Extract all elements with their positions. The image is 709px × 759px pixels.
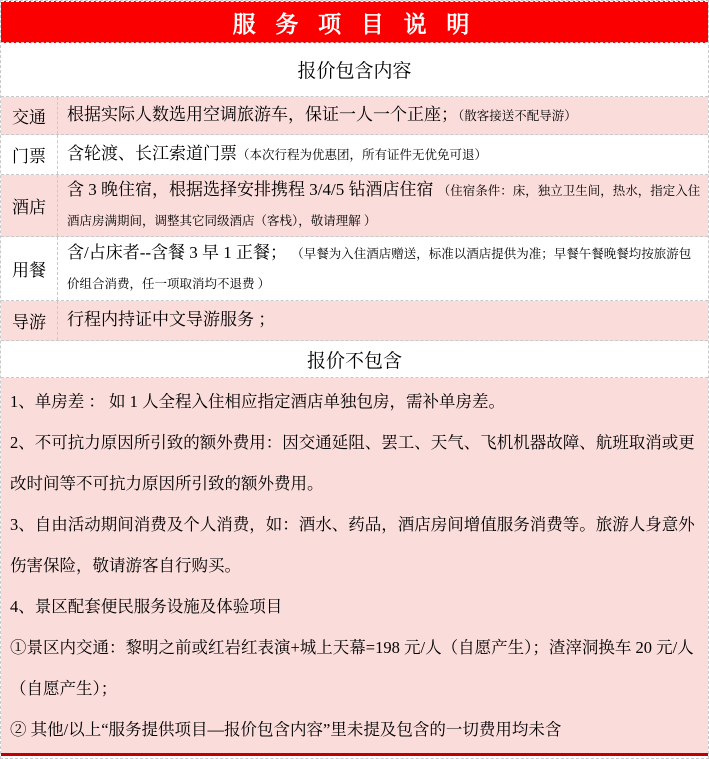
table-row-hotel: 酒店 含 3 晚住宿，根据选择安排携程 3/4/5 钻酒店住宿 （住宿条件：床，… — [1, 175, 708, 237]
table-row-meals: 用餐 含/占床者--含餐 3 早 1 正餐； （早餐为入住酒店赠送，标准以酒店提… — [1, 237, 708, 301]
row-label: 交通 — [1, 97, 58, 134]
section-header-included: 报价包含内容 — [1, 43, 708, 97]
excluded-item: ② 其他/以上“服务提供项目—报价包含内容”里未提及包含的一切费用均未含 — [10, 709, 700, 750]
excluded-item: 2、不可抗力原因所引致的额外费用：因交通延阻、罢工、天气、飞机机器故障、航班取消… — [10, 422, 700, 504]
table-row-guide: 导游 行程内持证中文导游服务 ； — [1, 301, 708, 341]
row-main-text: 根据实际人数选用空调旅游车，保证一人一个正座； — [67, 105, 458, 124]
row-label: 门票 — [1, 135, 58, 174]
bottom-red-rule — [1, 753, 708, 756]
excluded-item: 1、单房差 ： 如 1 人全程入住相应指定酒店单独包房，需补单房差。 — [10, 381, 700, 422]
row-main-text: 含 3 晚住宿，根据选择安排携程 3/4/5 钻酒店住宿 — [67, 180, 438, 199]
table-row-tickets: 门票 含轮渡、长江索道门票（本次行程为优惠团，所有证件无优免可退） — [1, 135, 708, 175]
section-header-excluded-label: 报价不包含 — [307, 346, 402, 373]
excluded-item: ①景区内交通：黎明之前或红岩红表演+城上天幕=198 元/人（自愿产生）；渣滓洞… — [10, 627, 700, 709]
row-label: 用餐 — [1, 237, 58, 300]
excluded-section: 1、单房差 ： 如 1 人全程入住相应指定酒店单独包房，需补单房差。 2、不可抗… — [1, 378, 708, 753]
section-header-excluded: 报价不包含 — [1, 341, 708, 378]
row-main-text: 含/占床者--含餐 3 早 1 正餐； — [67, 243, 291, 262]
row-main-text: 行程内持证中文导游服务 ； — [67, 310, 275, 329]
section-header-included-label: 报价包含内容 — [297, 56, 411, 83]
service-items-table: 服 务 项 目 说 明 报价包含内容 交通 根据实际人数选用空调旅游车，保证一人… — [0, 0, 709, 759]
row-label: 导游 — [1, 301, 58, 340]
table-title-bar: 服 务 项 目 说 明 — [1, 1, 708, 43]
excluded-item: 3、自由活动期间消费及个人消费，如：酒水、药品，酒店房间增值服务消费等。旅游人身… — [10, 504, 700, 586]
row-content: 根据实际人数选用空调旅游车，保证一人一个正座；（散客接送不配导游） — [58, 97, 708, 134]
row-content: 行程内持证中文导游服务 ； — [58, 301, 708, 340]
excluded-item: 4、景区配套便民服务设施及体验项目 — [10, 586, 700, 627]
row-content: 含 3 晚住宿，根据选择安排携程 3/4/5 钻酒店住宿 （住宿条件：床，独立卫… — [58, 175, 708, 236]
row-note-text: （本次行程为优惠团，所有证件无优免可退） — [237, 148, 487, 162]
page-title: 服 务 项 目 说 明 — [233, 6, 477, 39]
row-note-text: （散客接送不配导游） — [458, 109, 577, 123]
row-main-text: 含轮渡、长江索道门票 — [67, 144, 237, 163]
row-content: 含轮渡、长江索道门票（本次行程为优惠团，所有证件无优免可退） — [58, 135, 708, 174]
table-row-transport: 交通 根据实际人数选用空调旅游车，保证一人一个正座；（散客接送不配导游） — [1, 97, 708, 135]
row-label: 酒店 — [1, 175, 58, 236]
row-content: 含/占床者--含餐 3 早 1 正餐； （早餐为入住酒店赠送，标准以酒店提供为准… — [58, 237, 708, 300]
